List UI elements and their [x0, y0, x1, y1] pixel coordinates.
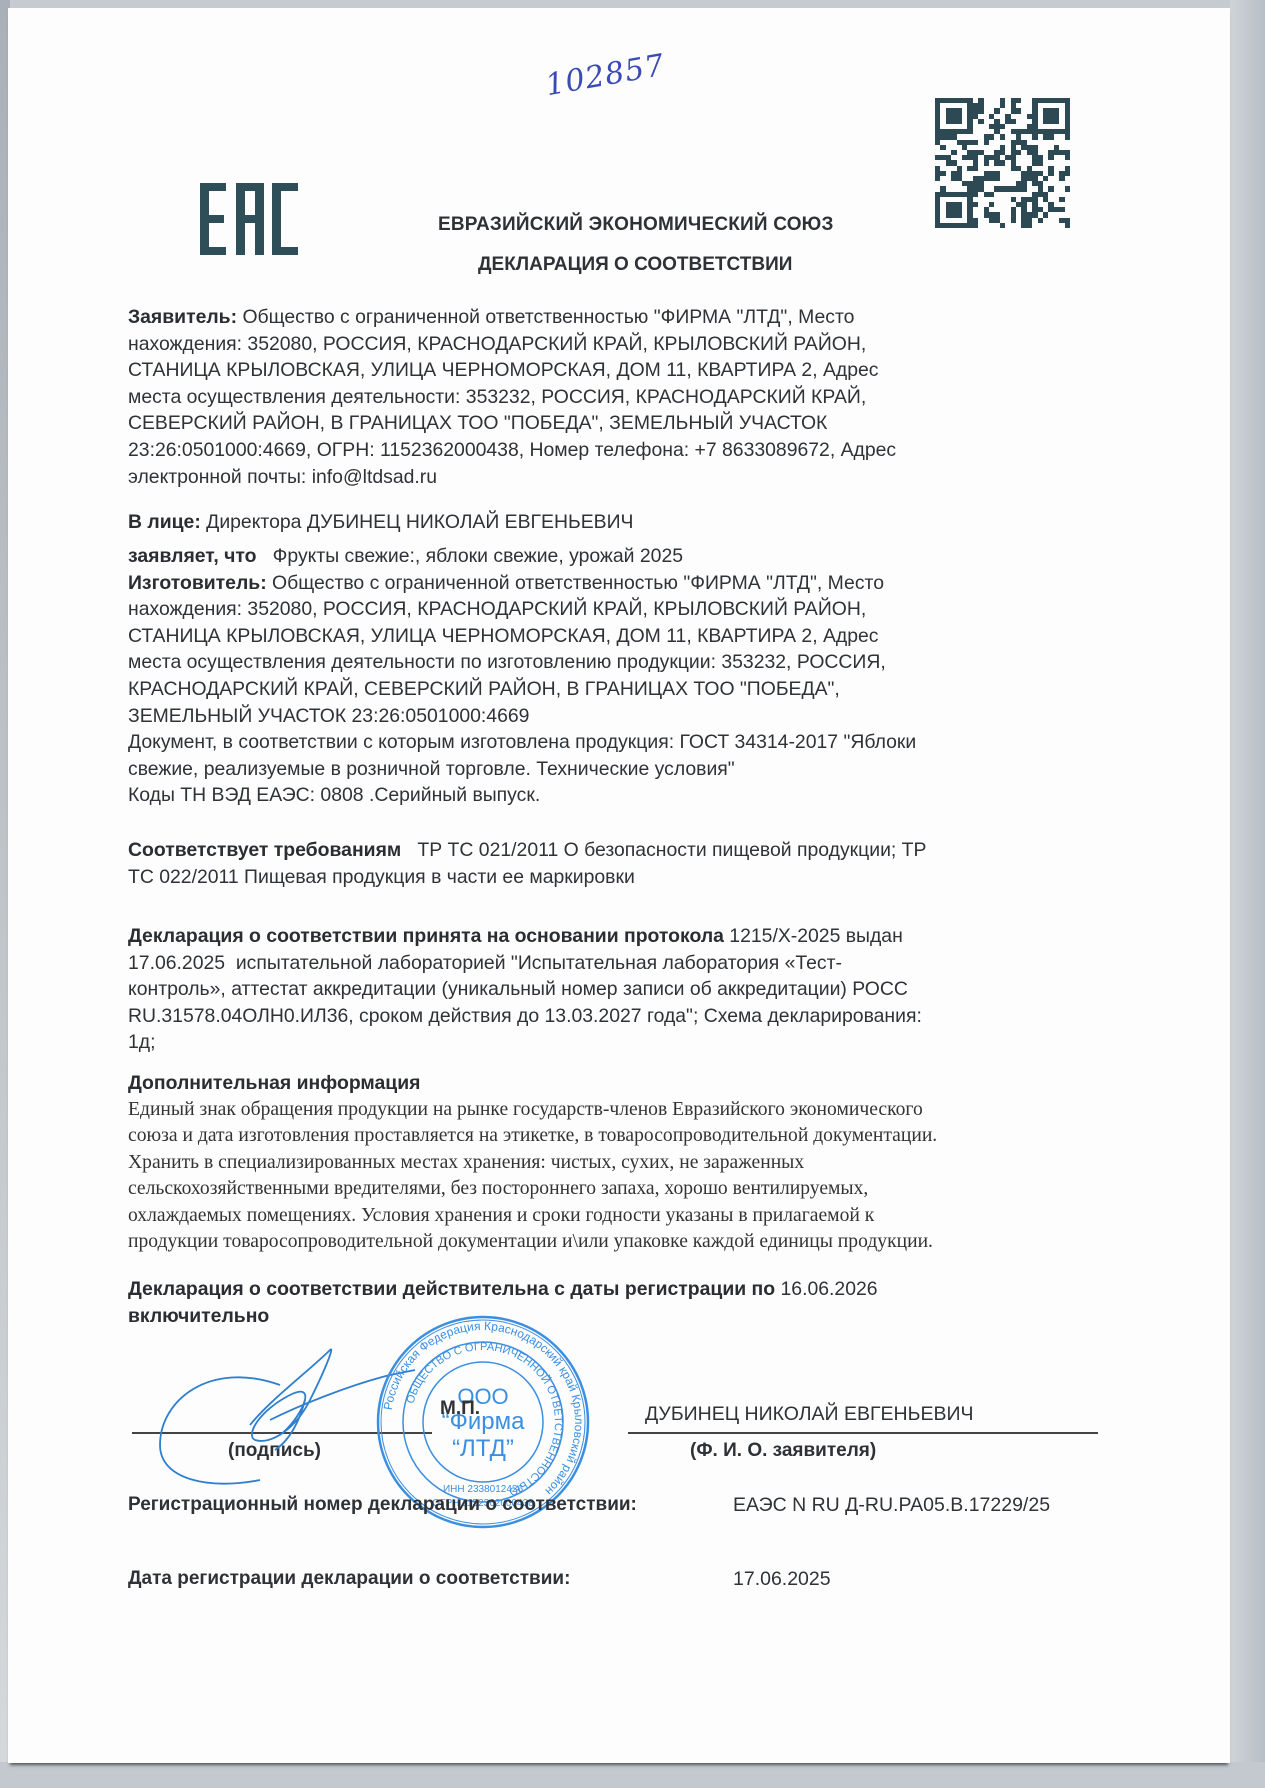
scan-border-right [1230, 0, 1265, 1788]
applicant-email: электронной почты: info@ltdsad.ru [128, 464, 1088, 491]
registration-number: ЕАЭС N RU Д-RU.РА05.В.17229/25 [733, 1494, 1050, 1517]
applicant-label: Заявитель: [128, 306, 237, 328]
additional-info-section: Дополнительная информация Единый знак об… [128, 1070, 1088, 1256]
eac-logo-icon [200, 183, 320, 258]
represented-by: В лице: Директора ДУБИНЕЦ НИКОЛАЙ ЕВГЕНЬ… [128, 509, 1088, 536]
additional-info-title: Дополнительная информация [128, 1072, 420, 1094]
tn-ved-codes: Коды ТН ВЭД ЕАЭС: 0808 .Серийный выпуск. [128, 782, 1088, 809]
eac-letter-c [272, 183, 300, 255]
conformity-section: Соответствует требованиям ТР ТС 021/2011… [128, 837, 1088, 890]
validity-date: 16.06.2026 [775, 1278, 877, 1300]
registration-date: 17.06.2025 [733, 1568, 831, 1591]
signer-caption: (Ф. И. О. заявителя) [690, 1440, 876, 1462]
basis-section: Декларация о соответствии принята на осн… [128, 923, 1088, 1056]
manufacturer-label: Изготовитель: [128, 572, 267, 594]
union-title: ЕВРАЗИЙСКИЙ ЭКОНОМИЧЕСКИЙ СОЮЗ [438, 214, 834, 236]
registration-number-label: Регистрационный номер декларации о соотв… [128, 1494, 637, 1516]
qr-code-icon[interactable] [935, 98, 1070, 228]
manufacturer-section: заявляет, что Фрукты свежие:, яблоки све… [128, 543, 1088, 809]
registration-date-label: Дата регистрации декларации о соответств… [128, 1568, 570, 1590]
document-title: ДЕКЛАРАЦИЯ О СООТВЕТСТВИИ [478, 254, 792, 276]
svg-text:“ЛТД”: “ЛТД” [452, 1435, 514, 1462]
applicant-section: Заявитель: Общество с ограниченной ответ… [128, 304, 1088, 490]
eac-letter-a [236, 183, 264, 255]
eac-letter-e [200, 183, 228, 255]
scan-border-bottom [0, 1762, 1265, 1788]
declares-label: заявляет, что [128, 545, 256, 567]
name-line [628, 1432, 1098, 1434]
standard-document: Документ, в соответствии с которым изгот… [128, 729, 1088, 756]
stamp-placeholder-label: М.П. [440, 1398, 480, 1420]
signer-name: ДУБИНЕЦ НИКОЛАЙ ЕВГЕНЬЕВИЧ [645, 1403, 973, 1426]
product-name: Фрукты свежие:, яблоки свежие, урожай 20… [256, 545, 683, 567]
validity-section: Декларация о соответствии действительна … [128, 1276, 1088, 1329]
